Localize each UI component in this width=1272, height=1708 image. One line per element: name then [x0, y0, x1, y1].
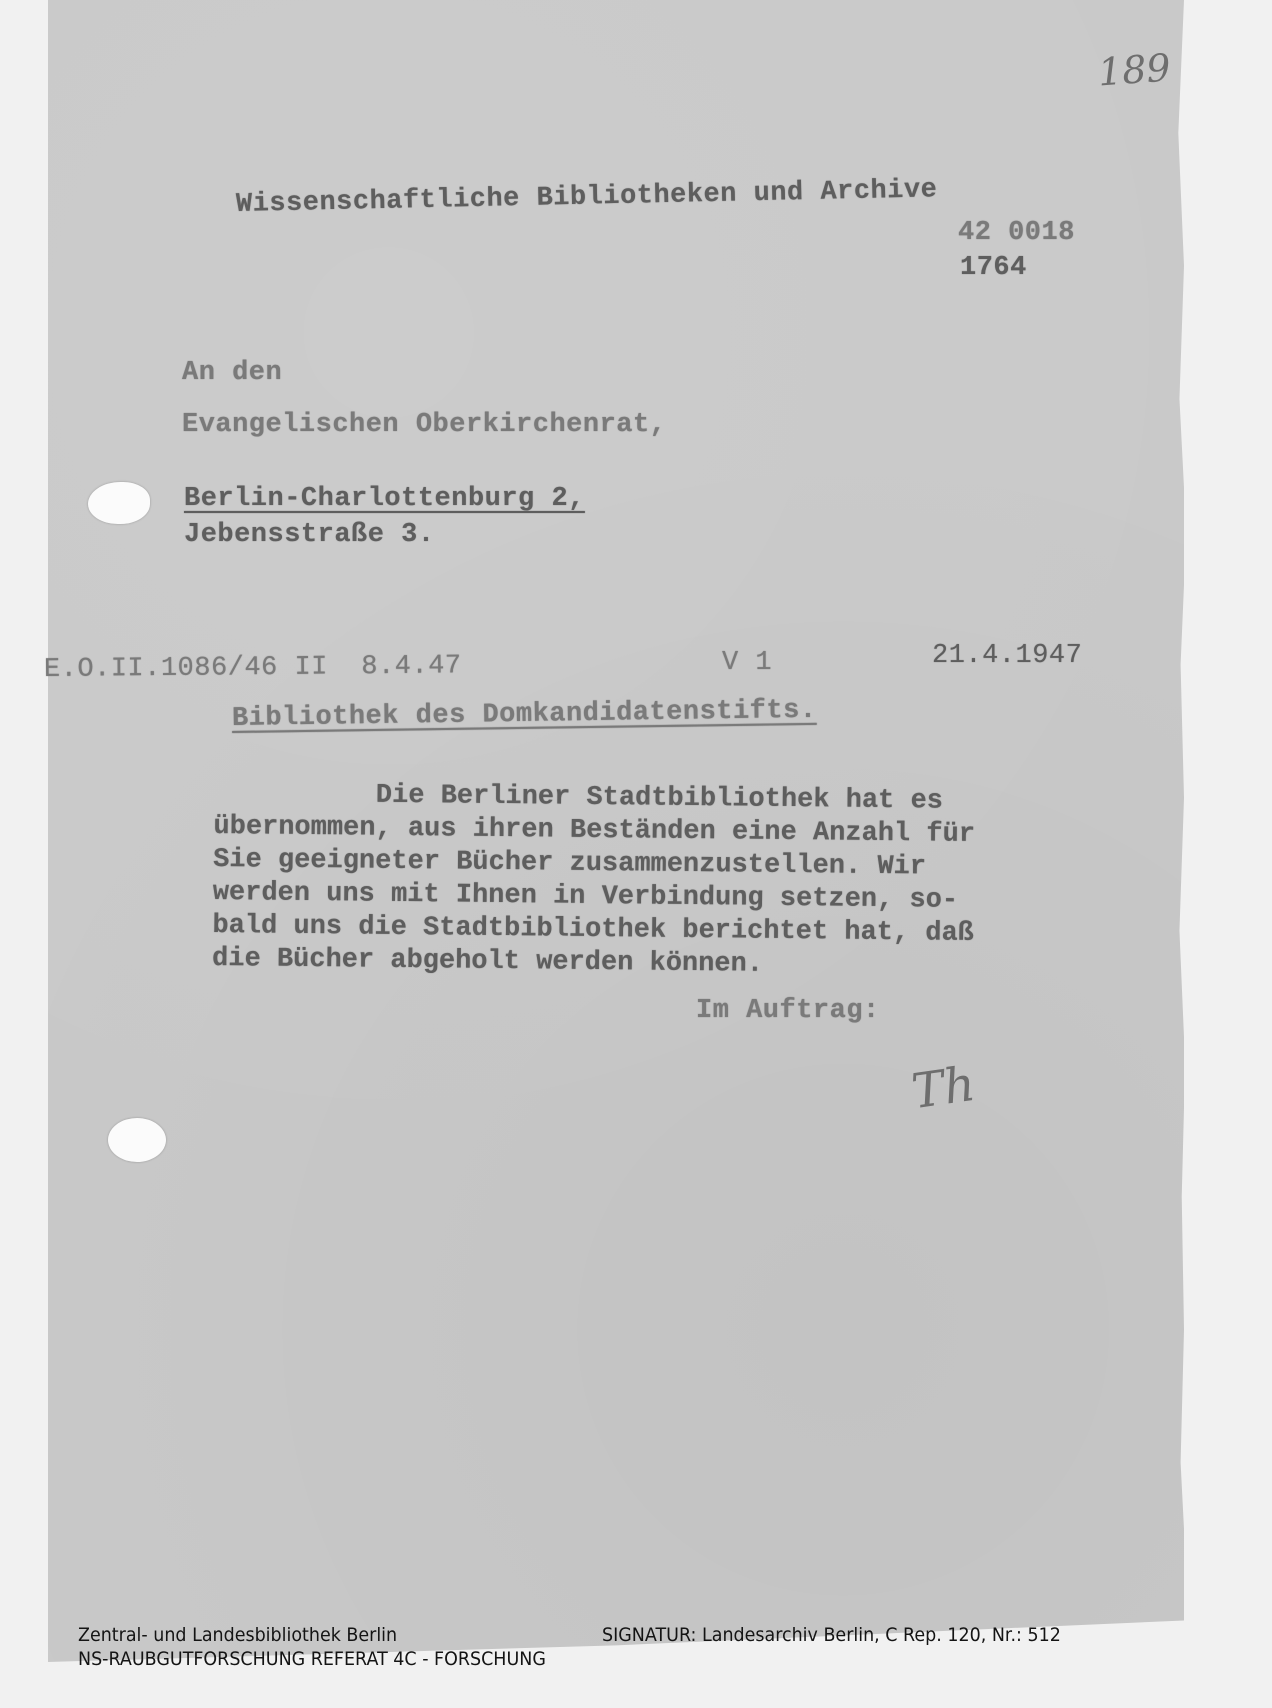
closing-phrase: Im Auftrag:	[696, 998, 880, 1025]
footer-signatur: SIGNATUR: Landesarchiv Berlin, C Rep. 12…	[602, 1624, 1061, 1646]
handwritten-signature: Th	[908, 1056, 978, 1120]
handwritten-page-number: 189	[1097, 46, 1172, 95]
recipient-city: Berlin-Charlottenburg 2,	[184, 486, 585, 513]
punch-hole-top	[88, 482, 150, 524]
footer-project: NS-RAUBGUTFORSCHUNG REFERAT 4C - FORSCHU…	[78, 1648, 546, 1670]
reference-number: E.O.II.1086/46 II 8.4.47	[44, 653, 462, 684]
footer-institution: Zentral- und Landesbibliothek Berlin	[78, 1624, 397, 1646]
recipient-salutation: An den	[182, 360, 282, 387]
letter-date: 21.4.1947	[932, 643, 1082, 670]
reference-mark: V 1	[722, 650, 772, 677]
recipient-street: Jebensstraße 3.	[184, 522, 435, 549]
letter-body: Die Berliner Stadtbibliothek hat es über…	[212, 778, 1204, 986]
punch-hole-bottom	[108, 1118, 166, 1162]
file-number: 1764	[960, 255, 1027, 282]
file-code: 42 0018	[958, 220, 1075, 247]
recipient-name: Evangelischen Oberkirchenrat,	[182, 412, 666, 439]
